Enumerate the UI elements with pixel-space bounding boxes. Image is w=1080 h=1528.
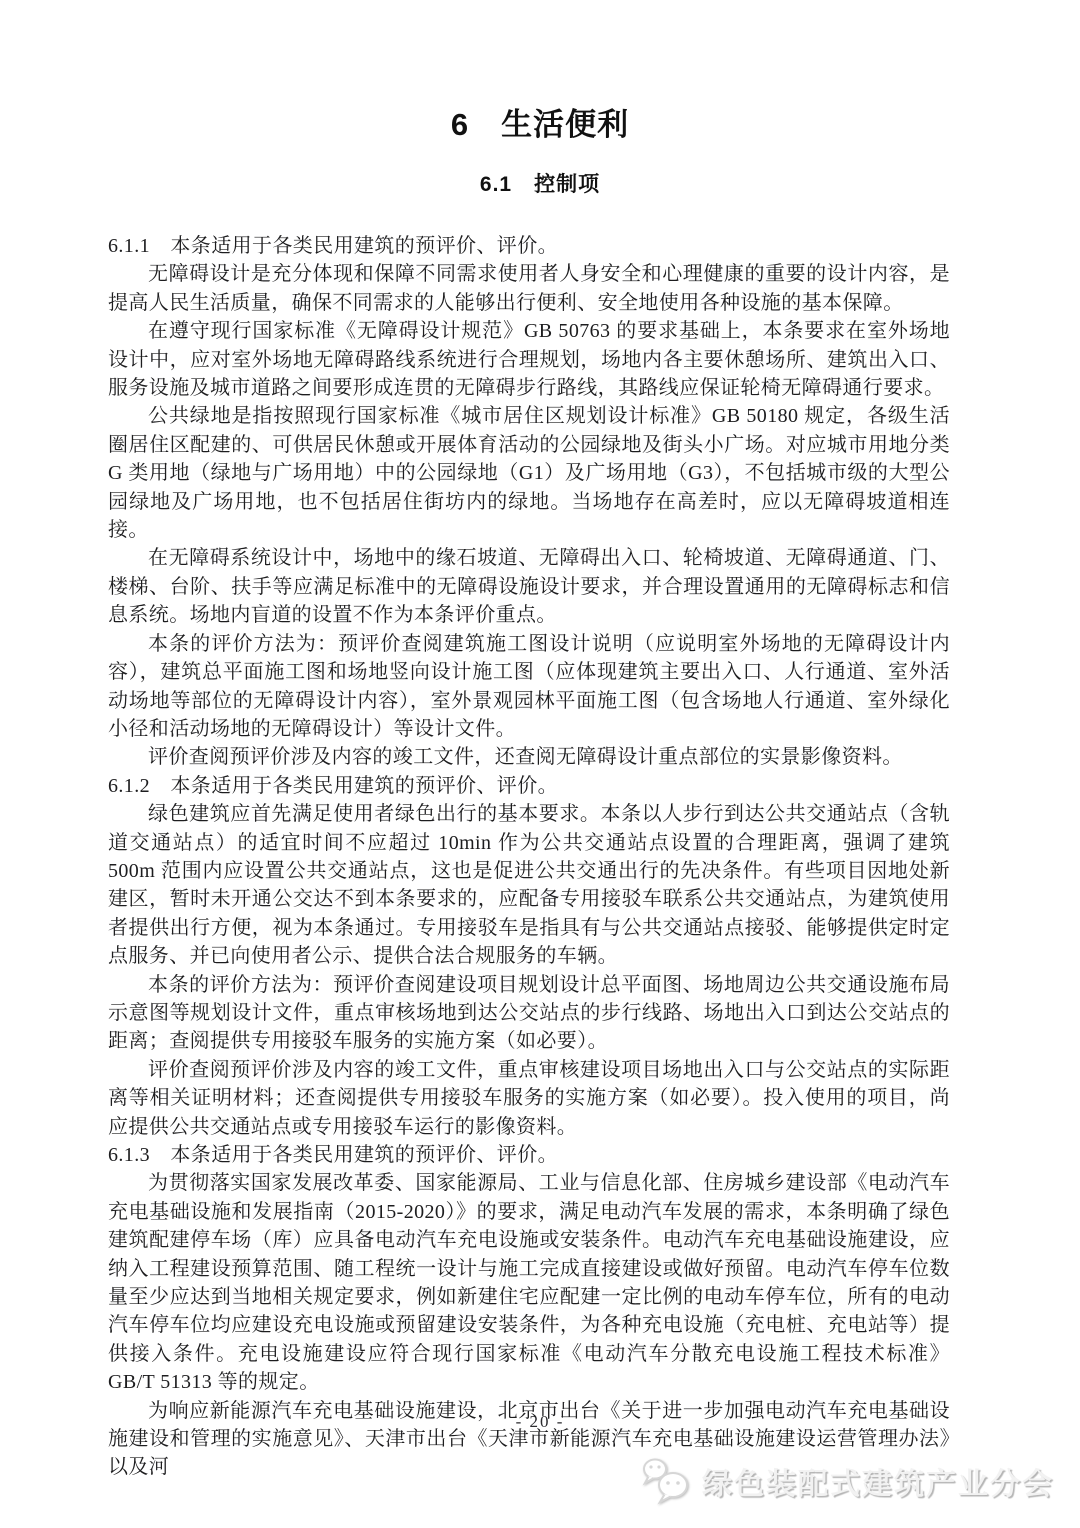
paragraph: 无障碍设计是充分体现和保障不同需求使用者人身安全和心理健康的重要的设计内容，是提…	[108, 260, 950, 317]
watermark: 绿色装配式建筑产业分会	[640, 1456, 1054, 1506]
document-page: 6 生活便利 6.1 控制项 6.1.1 本条适用于各类民用建筑的预评价、评价。…	[0, 0, 1080, 1528]
section-title: 6.1 控制项	[0, 172, 1080, 198]
document-body: 6.1.1 本条适用于各类民用建筑的预评价、评价。无障碍设计是充分体现和保障不同…	[108, 232, 950, 1482]
clause-paragraph: 6.1.2 本条适用于各类民用建筑的预评价、评价。	[108, 772, 950, 800]
watermark-text: 绿色装配式建筑产业分会	[702, 1459, 1054, 1503]
paragraph: 在无障碍系统设计中，场地中的缘石坡道、无障碍出入口、轮椅坡道、无障碍通道、门、楼…	[108, 544, 950, 629]
paragraph: 绿色建筑应首先满足使用者绿色出行的基本要求。本条以人步行到达公共交通站点（含轨道…	[108, 800, 950, 970]
wechat-logo-icon	[640, 1456, 692, 1506]
clause-paragraph: 6.1.1 本条适用于各类民用建筑的预评价、评价。	[108, 232, 950, 260]
chapter-title: 6 生活便利	[0, 0, 1080, 144]
paragraph: 本条的评价方法为：预评价查阅建筑施工图设计说明（应说明室外场地的无障碍设计内容）…	[108, 630, 950, 744]
paragraph: 为贯彻落实国家发展改革委、国家能源局、工业与信息化部、住房城乡建设部《电动汽车充…	[108, 1169, 950, 1396]
clause-paragraph: 6.1.3 本条适用于各类民用建筑的预评价、评价。	[108, 1141, 950, 1169]
paragraph: 在遵守现行国家标准《无障碍设计规范》GB 50763 的要求基础上，本条要求在室…	[108, 317, 950, 402]
paragraph: 公共绿地是指按照现行国家标准《城市居住区规划设计标准》GB 50180 规定，各…	[108, 402, 950, 544]
paragraph: 评价查阅预评价涉及内容的竣工文件，还查阅无障碍设计重点部位的实景影像资料。	[108, 743, 950, 771]
page-number: - 20 -	[0, 1412, 1080, 1432]
paragraph: 评价查阅预评价涉及内容的竣工文件，重点审核建设项目场地出入口与公交站点的实际距离…	[108, 1056, 950, 1141]
paragraph: 本条的评价方法为：预评价查阅建设项目规划设计总平面图、场地周边公共交通设施布局示…	[108, 971, 950, 1056]
